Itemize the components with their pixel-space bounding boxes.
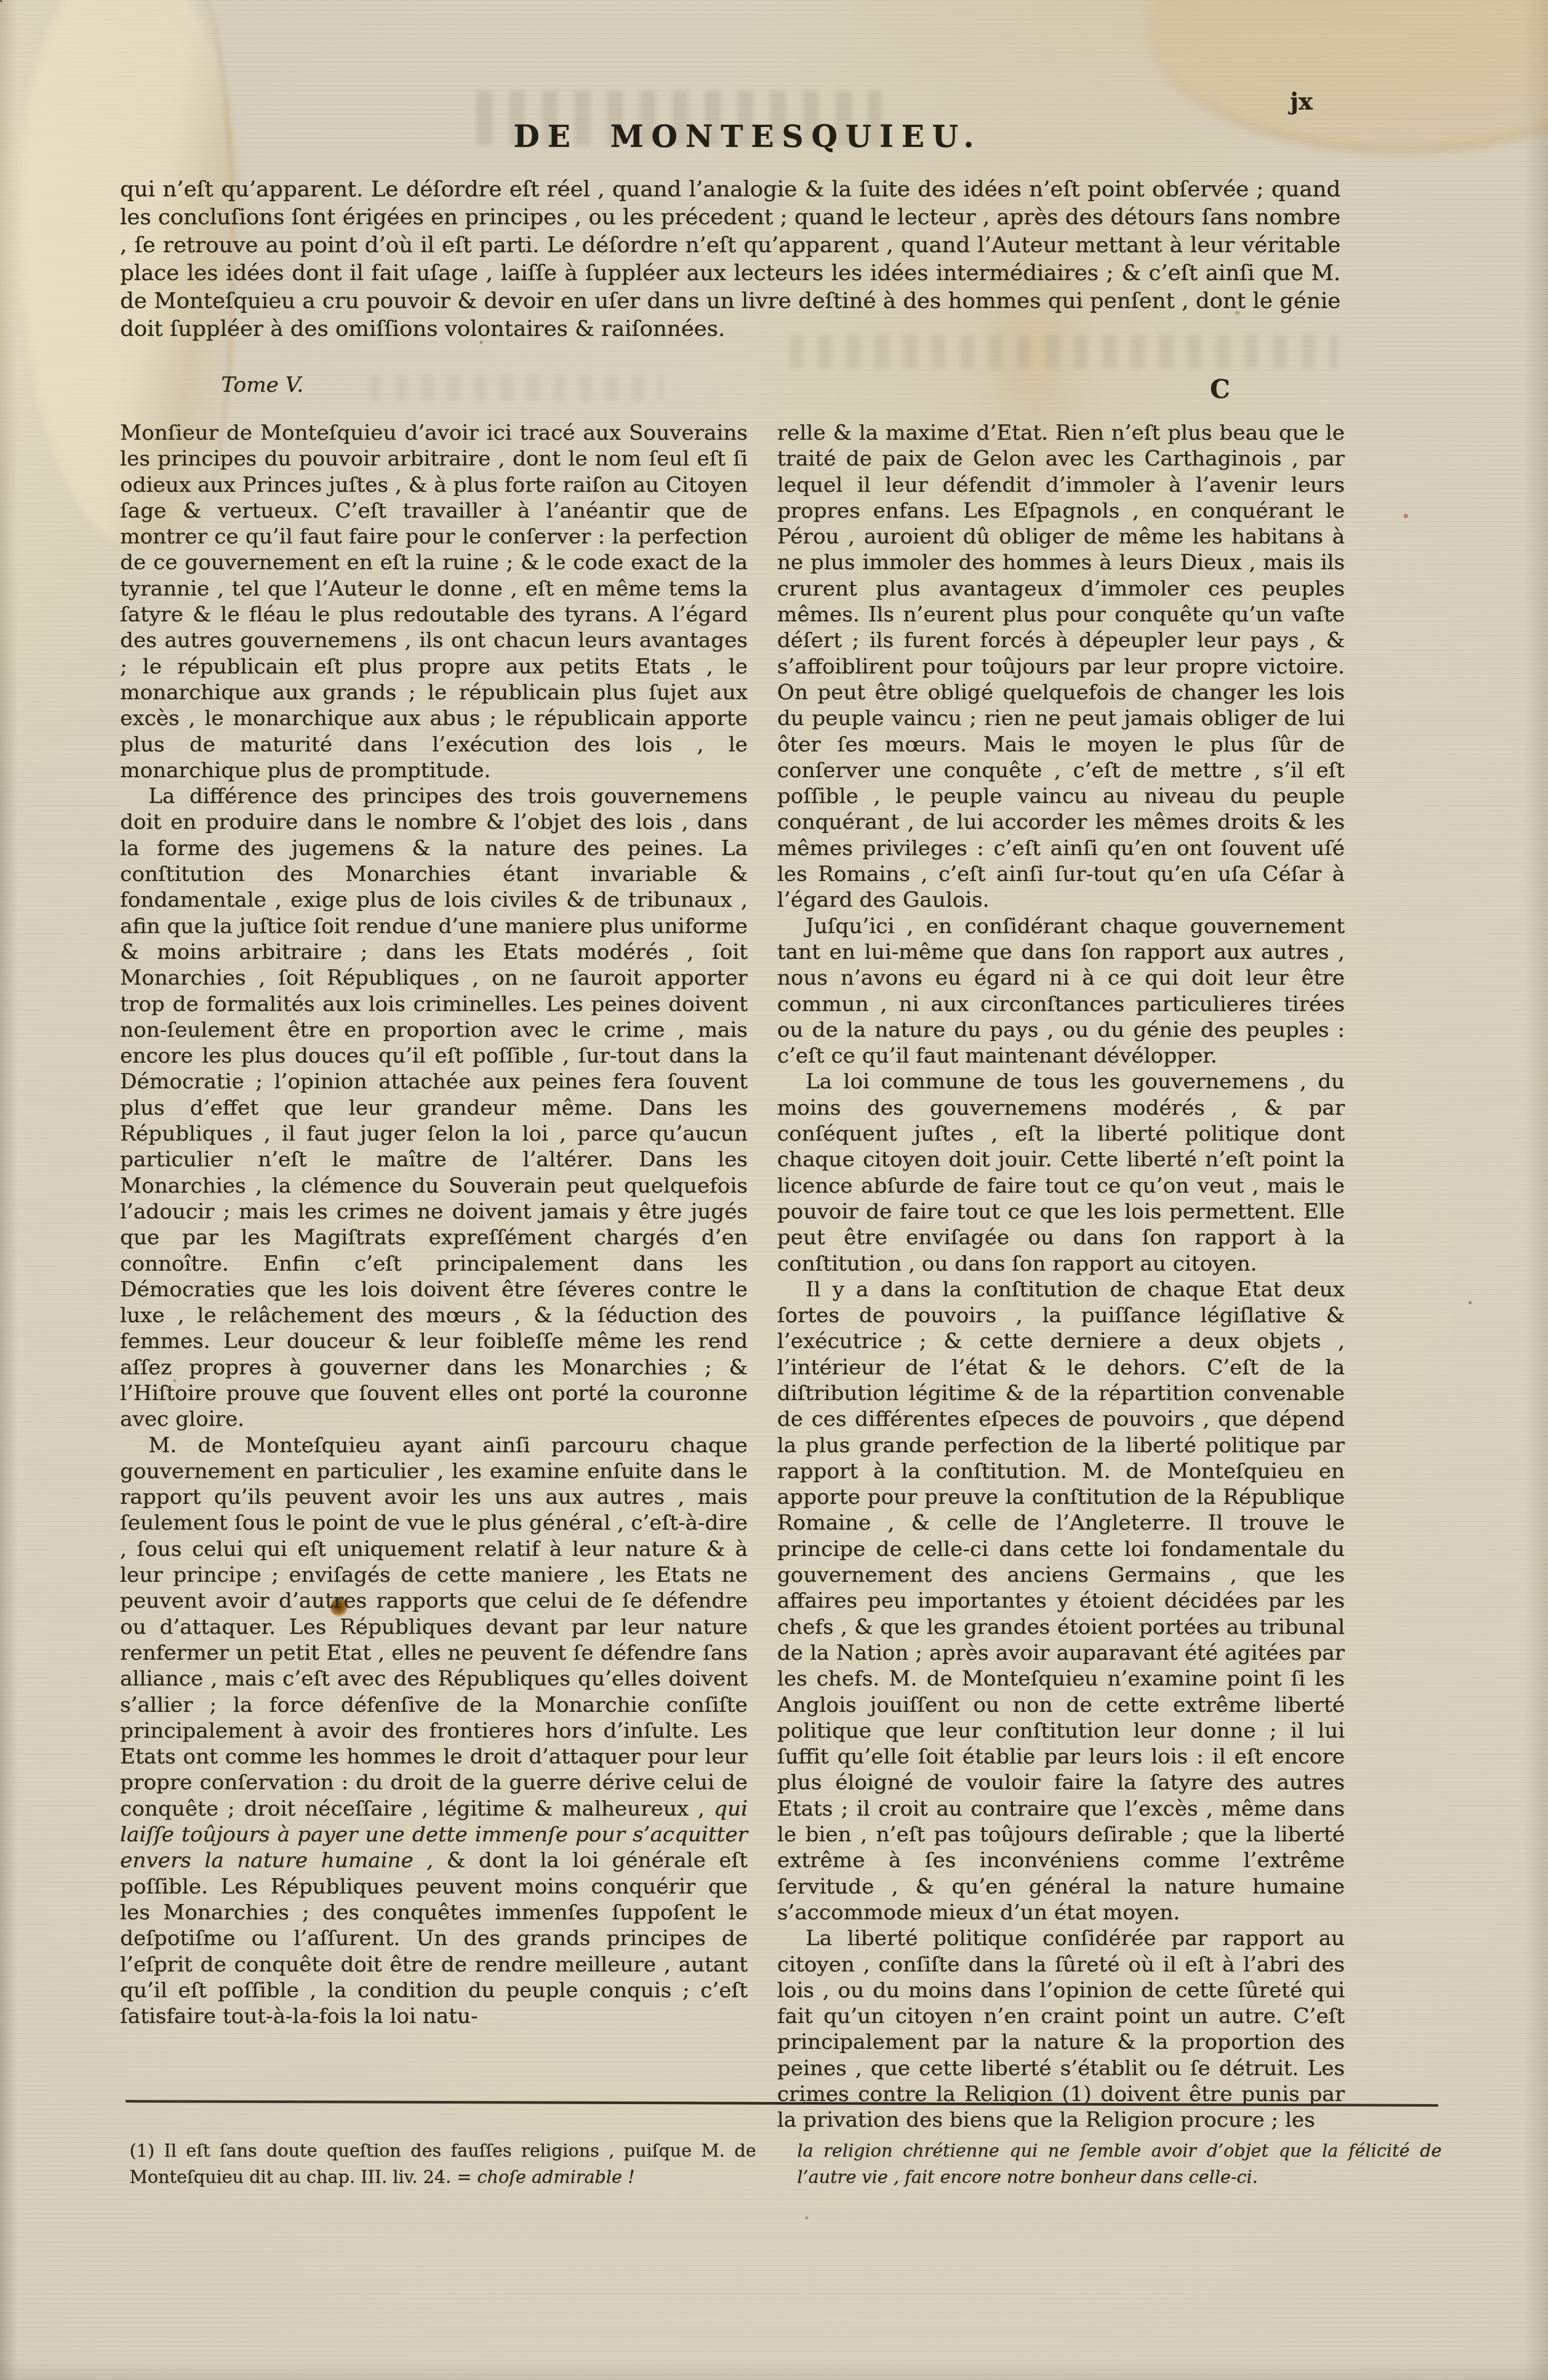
text-segment-italic: la religion chrétienne qui ne ſemble avo… [797, 2140, 1442, 2187]
text-segment: relle & la maxime d’Etat. Rien n’eſt plu… [777, 421, 1345, 912]
footnote-left: (1) Il eſt ſans doute queſtion des fauſſ… [130, 2120, 756, 2208]
footnotes: (1) Il eſt ſans doute queſtion des fauſſ… [130, 2120, 1442, 2208]
paragraph: la religion chrétienne qui ne ſemble avo… [797, 2138, 1442, 2190]
page-number: jx [1290, 87, 1313, 115]
text-segment: & dont la loi générale eſt poſſible. Les… [120, 1848, 748, 2028]
tome-label: Tome V. [221, 373, 304, 397]
intro-paragraph: qui n’eſt qu’apparent. Le déſordre eſt r… [120, 175, 1341, 342]
paragraph: Il y a dans la conſtitution de chaque Et… [777, 1277, 1345, 1926]
book-page-scan: DE MONTESQUIEU. jx qui n’eſt qu’apparent… [0, 0, 1548, 2380]
verso-bleedthrough [369, 375, 663, 401]
text-segment: La différence des principes des trois go… [120, 784, 748, 1431]
text-columns: Monſieur de Monteſquieu d’avoir ici trac… [120, 420, 1345, 2134]
paragraph: La loi commune de tous les gouvernemens … [777, 1069, 1345, 1276]
text-segment: La loi commune de tous les gouvernemens … [777, 1069, 1345, 1275]
text-segment: La liberté politique conſidérée par rapp… [777, 1926, 1345, 2132]
paragraph: relle & la maxime d’Etat. Rien n’eſt plu… [777, 420, 1345, 914]
paragraph: (1) Il eſt ſans doute queſtion des fauſſ… [130, 2138, 756, 2190]
footnote-right: la religion chrétienne qui ne ſemble avo… [797, 2120, 1442, 2208]
paragraph: La différence des principes des trois go… [120, 784, 748, 1432]
running-header-title: DE MONTESQUIEU. [0, 119, 1522, 154]
paragraph: M. de Monteſquieu ayant ainſi parcouru c… [120, 1433, 748, 2030]
text-segment: M. de Monteſquieu ayant ainſi parcouru c… [120, 1433, 748, 1821]
signature-mark: C [1210, 375, 1230, 404]
text-segment: (1) Il eſt ſans doute queſtion des fauſſ… [130, 2140, 756, 2187]
text-segment: Il y a dans la conſtitution de chaque Et… [777, 1277, 1345, 1925]
text-segment: Monſieur de Monteſquieu d’avoir ici trac… [120, 421, 748, 782]
paragraph: Juſqu’ici , en conſidérant chaque gouver… [777, 914, 1345, 1069]
paper-specks [0, 0, 2, 2]
column-right: relle & la maxime d’Etat. Rien n’eſt plu… [777, 420, 1345, 2134]
text-segment: Juſqu’ici , en conſidérant chaque gouver… [777, 914, 1345, 1068]
text-segment-italic: choſe admirable ! [477, 2167, 634, 2187]
paragraph: Monſieur de Monteſquieu d’avoir ici trac… [120, 420, 748, 784]
column-left: Monſieur de Monteſquieu d’avoir ici trac… [120, 420, 748, 2134]
